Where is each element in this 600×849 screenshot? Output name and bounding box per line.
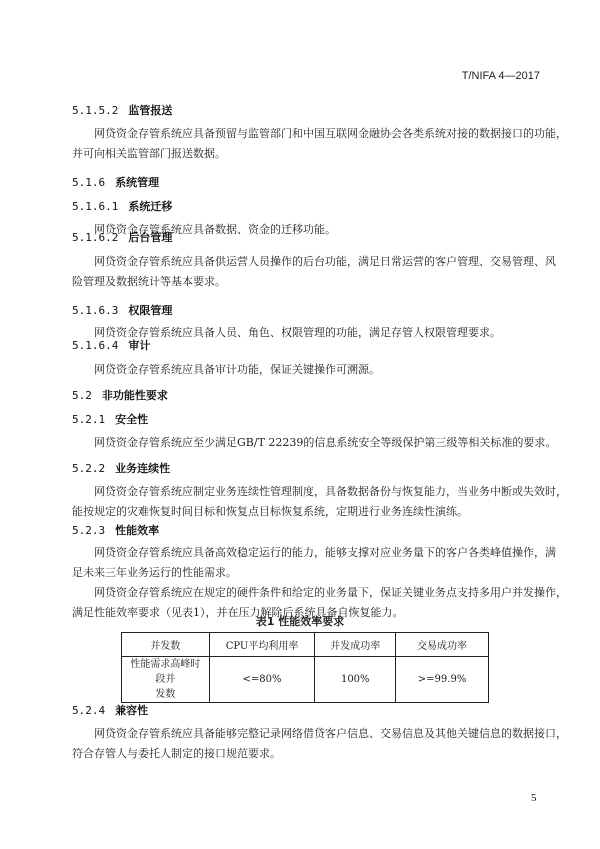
section-heading-5-2-2: 5.2.2业务连续性 <box>72 460 170 476</box>
table-header-cell: 并发数 <box>122 633 210 657</box>
paragraph-line: 网贷资金存管系统应具备高效稳定运行的能力，能够支撑对应业务量下的客户各类峰值操作… <box>72 543 552 563</box>
section-heading-5-1-6-3: 5.1.6.3权限管理 <box>72 302 172 318</box>
section-heading-5-2-3: 5.2.3性能效率 <box>72 522 159 538</box>
paragraph-line: 能按规定的灾难恢复时间目标和恢复点目标恢复系统，定期进行业务连续性演练。 <box>72 502 552 522</box>
paragraph-5-2-1: 网贷资金存管系统应至少满足GB/T 22239的信息系统安全等级保护第三级等相关… <box>72 433 552 453</box>
cell-line: 性能需求高峰时段并 <box>126 657 205 687</box>
paragraph-5-1-5-2: 网贷资金存管系统应具备预留与监管部门和中国互联网金融协会各类系统对接的数据接口的… <box>72 124 552 164</box>
paragraph-line: 险管理及数据统计等基本要求。 <box>72 272 552 292</box>
section-number: 5.2.3 <box>72 524 105 537</box>
table-header-cell: 并发成功率 <box>315 633 396 657</box>
section-heading-5-2: 5.2非功能性要求 <box>72 387 168 403</box>
section-number: 5.2.1 <box>72 413 105 426</box>
section-number: 5.2.2 <box>72 462 105 475</box>
paragraph-line: 网贷资金存管系统应在规定的硬件条件和给定的业务量下，保证关键业务点支持多用户并发… <box>72 583 552 603</box>
section-title: 系统管理 <box>115 176 159 189</box>
table-cell: >=99.9% <box>396 657 489 703</box>
page-number: 5 <box>531 792 537 804</box>
section-title: 系统迁移 <box>128 200 172 213</box>
paragraph-line: 足未来三年业务运行的性能需求。 <box>72 563 552 583</box>
section-number: 5.1.6 <box>72 176 105 189</box>
section-title: 兼容性 <box>115 704 148 717</box>
table-caption: 表1 性能效率要求 <box>0 613 600 629</box>
section-number: 5.2.4 <box>72 704 105 717</box>
paragraph-5-2-2: 网贷资金存管系统应制定业务连续性管理制度，具备数据备份与恢复能力，当业务中断或失… <box>72 482 552 522</box>
table-header-row: 并发数 CPU平均利用率 并发成功率 交易成功率 <box>122 633 489 657</box>
section-title: 非功能性要求 <box>102 389 168 402</box>
section-title: 审计 <box>128 339 150 352</box>
section-heading-5-2-4: 5.2.4兼容性 <box>72 702 148 718</box>
paragraph-line: 符合存管人与委托人制定的接口规范要求。 <box>72 744 552 764</box>
section-number: 5.2 <box>72 389 92 402</box>
section-title: 权限管理 <box>128 304 172 317</box>
table-header-cell: CPU平均利用率 <box>209 633 315 657</box>
section-title: 后台管理 <box>128 231 172 244</box>
section-number: 5.1.6.1 <box>72 200 118 213</box>
section-heading-5-2-1: 5.2.1安全性 <box>72 411 148 427</box>
paragraph-5-1-6-4: 网贷资金存管系统应具备审计功能，保证关键操作可溯源。 <box>72 360 552 380</box>
section-heading-5-1-5-2: 5.1.5.2监管报送 <box>72 102 172 118</box>
section-title: 安全性 <box>115 413 148 426</box>
section-heading-5-1-6-4: 5.1.6.4审计 <box>72 337 150 353</box>
section-heading-5-1-6: 5.1.6系统管理 <box>72 174 159 190</box>
section-number: 5.1.6.3 <box>72 304 118 317</box>
section-number: 5.1.6.2 <box>72 231 118 244</box>
table-row: 性能需求高峰时段并 发数 <=80% 100% >=99.9% <box>122 657 489 703</box>
table-cell: <=80% <box>209 657 315 703</box>
paragraph-5-2-4: 网贷资金存管系统应具备能够完整记录网络借贷客户信息、交易信息及其他关键信息的数据… <box>72 724 552 764</box>
table-cell: 100% <box>315 657 396 703</box>
section-heading-5-1-6-2: 5.1.6.2后台管理 <box>72 229 172 245</box>
section-number: 5.1.6.4 <box>72 339 118 352</box>
document-id-header: T/NIFA 4—2017 <box>462 70 540 82</box>
performance-table: 并发数 CPU平均利用率 并发成功率 交易成功率 性能需求高峰时段并 发数 <=… <box>121 632 489 703</box>
section-title: 性能效率 <box>115 524 159 537</box>
section-title: 监管报送 <box>128 104 172 117</box>
section-title: 业务连续性 <box>115 462 170 475</box>
section-heading-5-1-6-1: 5.1.6.1系统迁移 <box>72 198 172 214</box>
cell-line: 发数 <box>126 687 205 702</box>
paragraph-line: 网贷资金存管系统应具备能够完整记录网络借贷客户信息、交易信息及其他关键信息的数据… <box>72 724 552 744</box>
paragraph-line: 并可向相关监管部门报送数据。 <box>72 144 552 164</box>
table-cell: 性能需求高峰时段并 发数 <box>122 657 210 703</box>
paragraph-line: 网贷资金存管系统应具备预留与监管部门和中国互联网金融协会各类系统对接的数据接口的… <box>72 124 552 144</box>
paragraph-line: 网贷资金存管系统应具备供运营人员操作的后台功能，满足日常运营的客户管理、交易管理… <box>72 252 552 272</box>
section-number: 5.1.5.2 <box>72 104 118 117</box>
paragraph-line: 网贷资金存管系统应具备审计功能，保证关键操作可溯源。 <box>72 360 552 380</box>
paragraph-line: 网贷资金存管系统应至少满足GB/T 22239的信息系统安全等级保护第三级等相关… <box>72 433 552 453</box>
paragraph-line: 网贷资金存管系统应制定业务连续性管理制度，具备数据备份与恢复能力，当业务中断或失… <box>72 482 552 502</box>
paragraph-5-2-3: 网贷资金存管系统应具备高效稳定运行的能力，能够支撑对应业务量下的客户各类峰值操作… <box>72 543 552 623</box>
table-header-cell: 交易成功率 <box>396 633 489 657</box>
paragraph-5-1-6-2: 网贷资金存管系统应具备供运营人员操作的后台功能，满足日常运营的客户管理、交易管理… <box>72 252 552 292</box>
